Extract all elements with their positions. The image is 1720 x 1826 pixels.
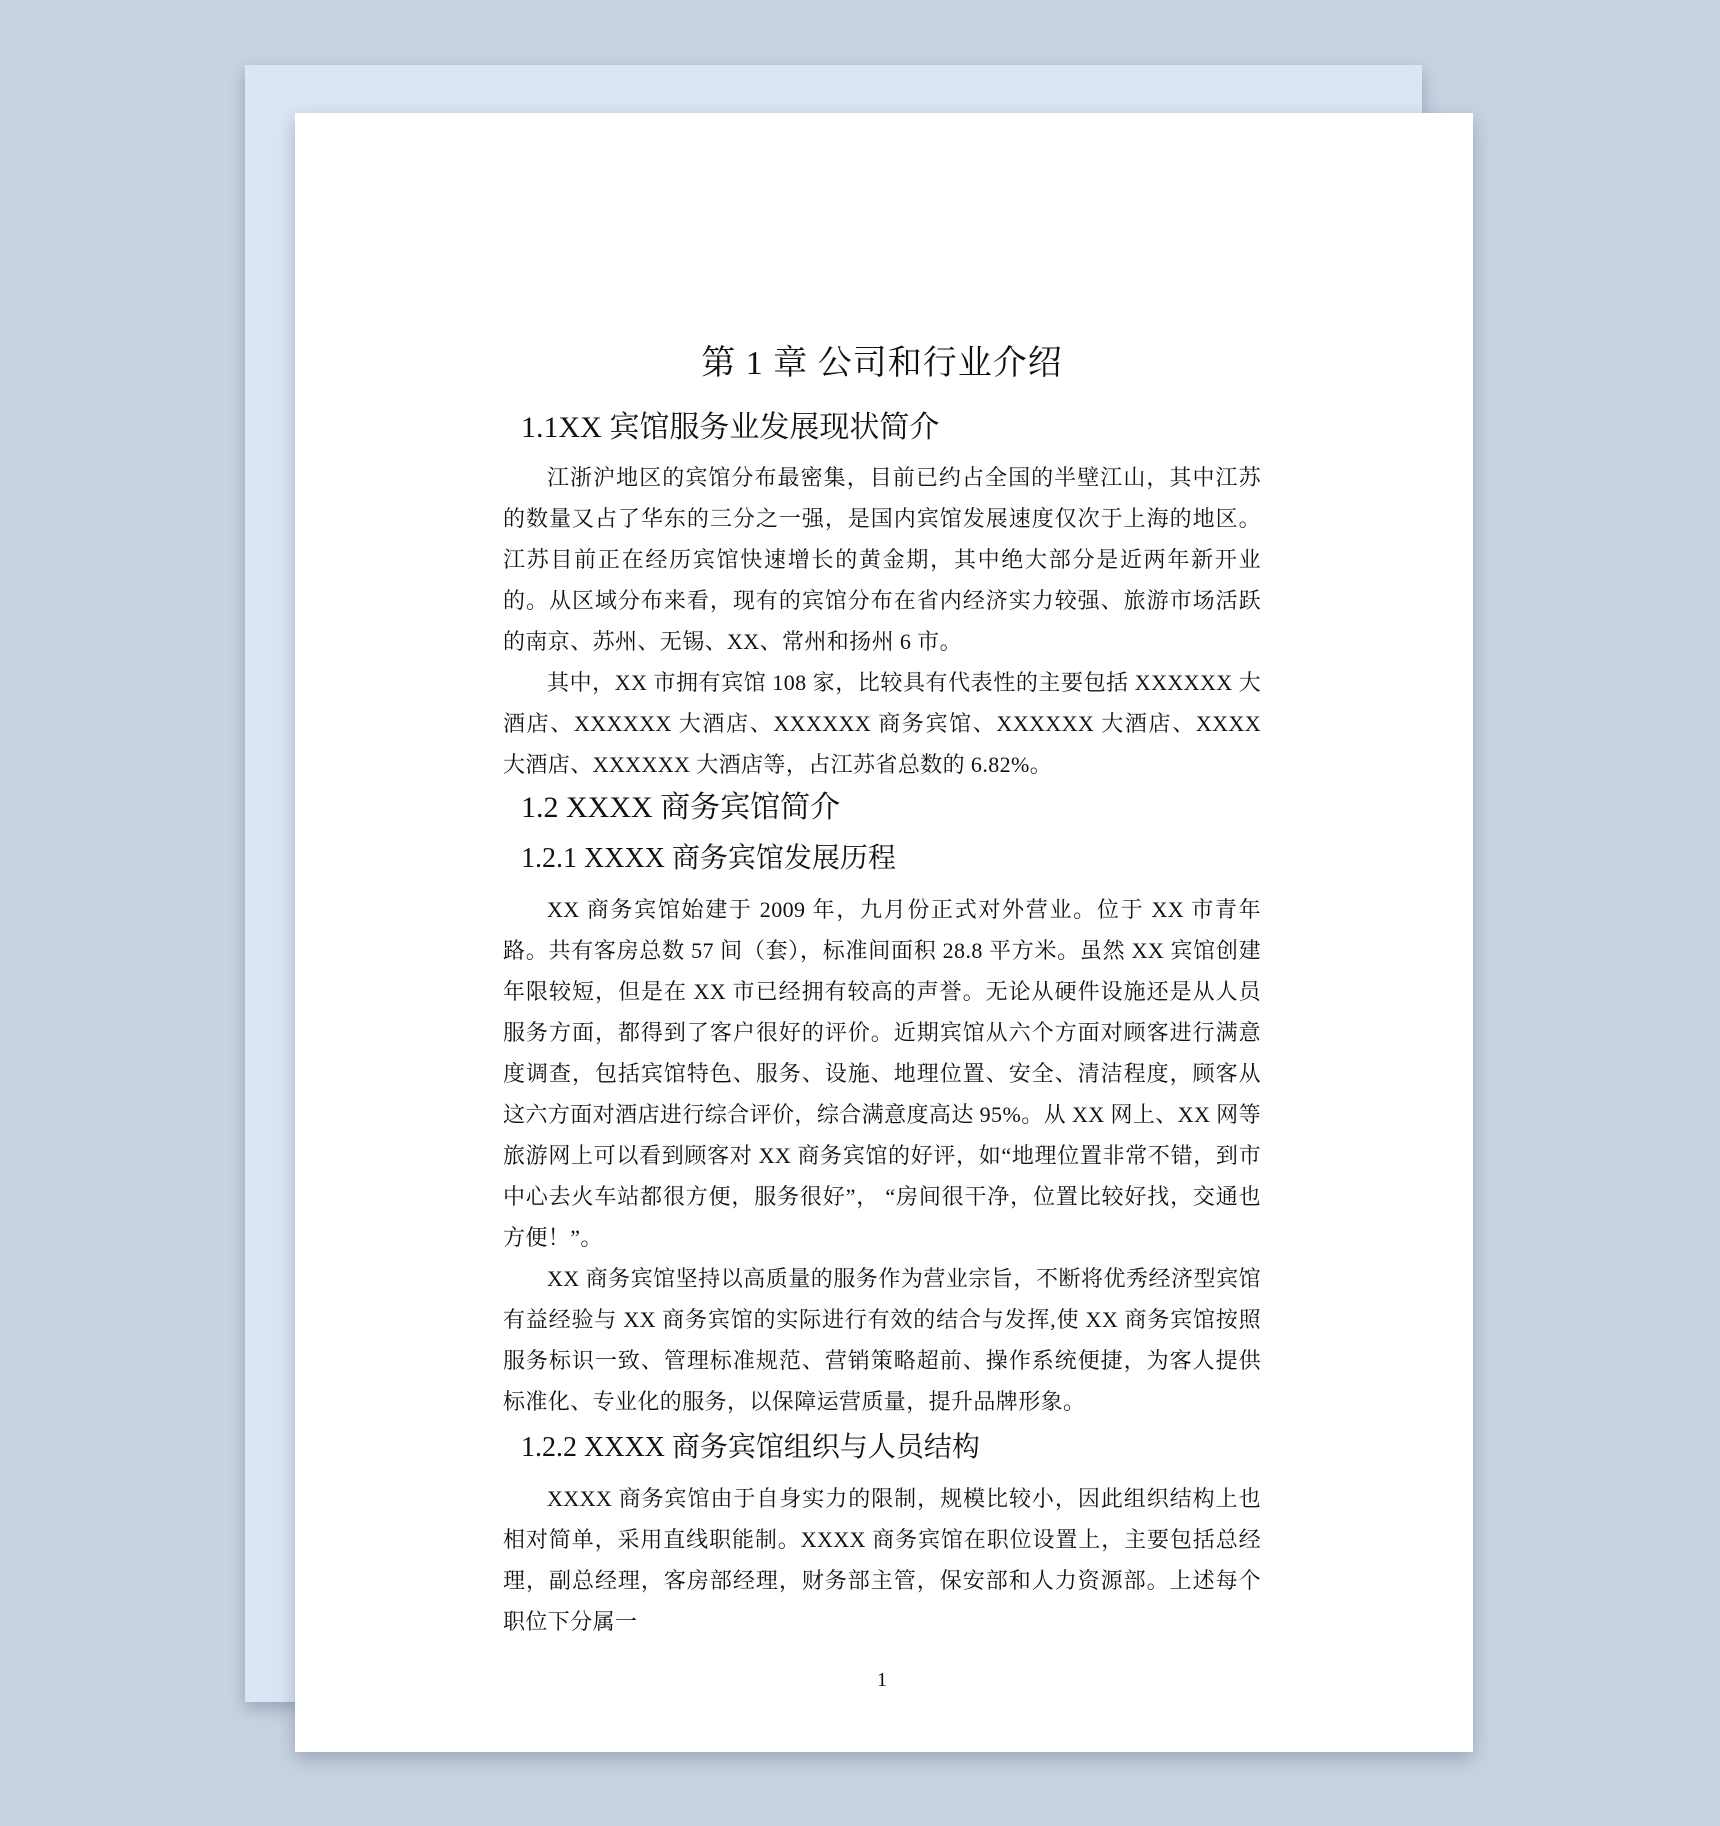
paragraph-industry-overview: 江浙沪地区的宾馆分布最密集，目前已约占全国的半壁江山，其中江苏的数量又占了华东的… (503, 457, 1261, 662)
heading-1-1: 1.1XX 宾馆服务业发展现状简介 (503, 405, 1261, 451)
document-page: 第 1 章 公司和行业介绍 1.1XX 宾馆服务业发展现状简介 江浙沪地区的宾馆… (295, 113, 1473, 1752)
page-content: 第 1 章 公司和行业介绍 1.1XX 宾馆服务业发展现状简介 江浙沪地区的宾馆… (295, 113, 1473, 1692)
heading-1-2-1: 1.2.1 XXXX 商务宾馆发展历程 (503, 837, 1261, 881)
heading-1-2: 1.2 XXXX 商务宾馆简介 (503, 785, 1261, 831)
document-canvas: 第 1 章 公司和行业介绍 1.1XX 宾馆服务业发展现状简介 江浙沪地区的宾馆… (0, 0, 1720, 1826)
heading-1-2-2: 1.2.2 XXXX 商务宾馆组织与人员结构 (503, 1426, 1261, 1470)
page-number: 1 (503, 1668, 1261, 1692)
chapter-title: 第 1 章 公司和行业介绍 (503, 339, 1261, 389)
paragraph-hotel-history: XX 商务宾馆始建于 2009 年，九月份正式对外营业。位于 XX 市青年路。共… (503, 889, 1261, 1258)
paragraph-organization: XXXX 商务宾馆由于自身实力的限制，规模比较小，因此组织结构上也相对简单，采用… (503, 1478, 1261, 1642)
paragraph-city-hotels: 其中，XX 市拥有宾馆 108 家，比较具有代表性的主要包括 XXXXXX 大酒… (503, 662, 1261, 785)
paragraph-hotel-service: XX 商务宾馆坚持以高质量的服务作为营业宗旨，不断将优秀经济型宾馆有益经验与 X… (503, 1258, 1261, 1422)
